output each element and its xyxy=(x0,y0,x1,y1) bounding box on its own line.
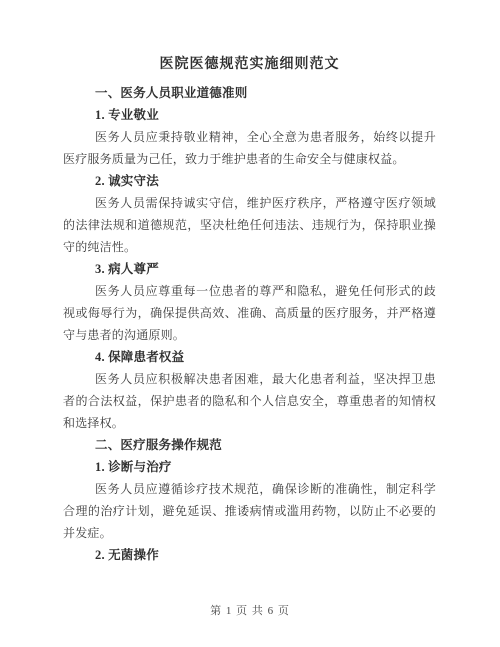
subsection-heading-1-1: 1. 专业敬业 xyxy=(63,104,436,126)
paragraph-2-1: 医务人员应遵循诊疗技术规范，确保诊断的准确性，制定科学合理的治疗计划，避免延误、… xyxy=(63,478,436,544)
paragraph-1-1: 医务人员应秉持敬业精神，全心全意为患者服务，始终以提升医疗服务质量为己任，致力于… xyxy=(63,126,436,170)
subsection-heading-1-2: 2. 诚实守法 xyxy=(63,170,436,192)
subsection-heading-1-3: 3. 病人尊严 xyxy=(63,258,436,280)
paragraph-1-4: 医务人员应积极解决患者困难，最大化患者利益，坚决捍卫患者的合法权益，保护患者的隐… xyxy=(63,368,436,434)
subsection-heading-1-4: 4. 保障患者权益 xyxy=(63,346,436,368)
section-heading-1: 一、医务人员职业道德准则 xyxy=(63,82,436,104)
document-page: 医院医德规范实施细则范文 一、医务人员职业道德准则 1. 专业敬业 医务人员应秉… xyxy=(0,0,500,647)
document-title: 医院医德规范实施细则范文 xyxy=(63,52,436,78)
section-heading-2: 二、医疗服务操作规范 xyxy=(63,434,436,456)
subsection-heading-2-2: 2. 无菌操作 xyxy=(63,544,436,566)
subsection-heading-2-1: 1. 诊断与治疗 xyxy=(63,456,436,478)
paragraph-1-2: 医务人员需保持诚实守信，维护医疗秩序，严格遵守医疗领域的法律法规和道德规范，坚决… xyxy=(63,192,436,258)
page-number-footer: 第 1 页 共 6 页 xyxy=(0,603,500,619)
paragraph-1-3: 医务人员应尊重每一位患者的尊严和隐私，避免任何形式的歧视或侮辱行为，确保提供高效… xyxy=(63,280,436,346)
